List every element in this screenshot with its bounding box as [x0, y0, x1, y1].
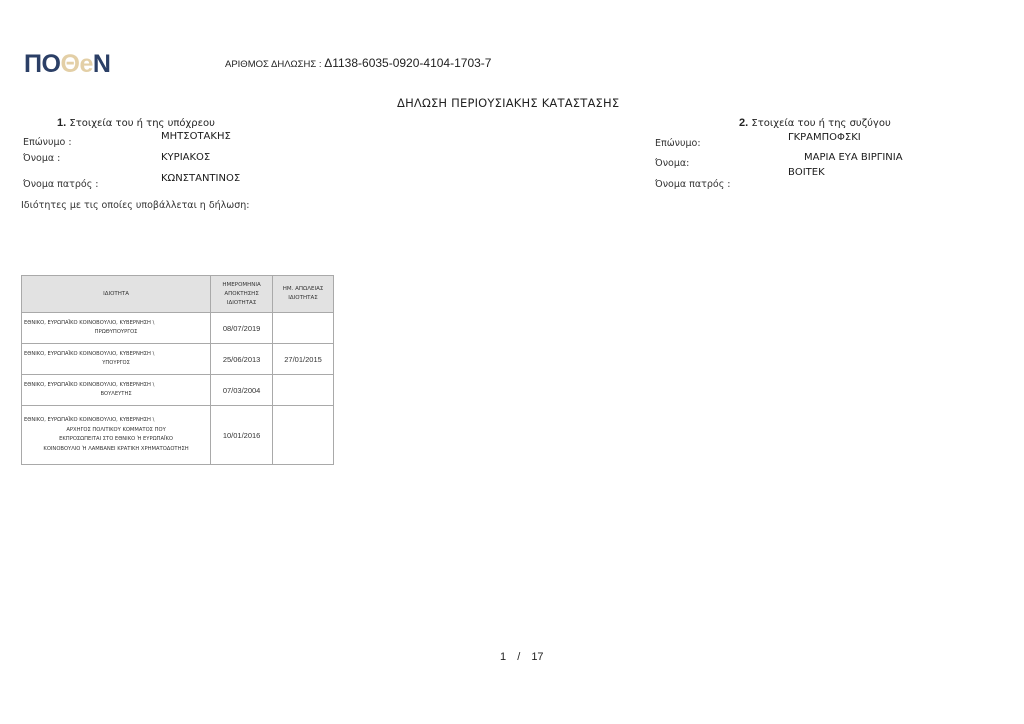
acquisition-date-cell: 08/07/2019 — [211, 313, 273, 344]
loss-date-cell — [273, 406, 334, 465]
capacity-cell: ΕΘΝΙΚΟ, ΕΥΡΩΠΑΪΚΟ ΚΟΙΝΟΒΟΥΛΙΟ, ΚΥΒΕΡΝΗΣΗ… — [22, 406, 211, 465]
obligor-name-label: Όνομα : — [23, 153, 60, 164]
table-row: ΕΘΝΙΚΟ, ΕΥΡΩΠΑΪΚΟ ΚΟΙΝΟΒΟΥΛΙΟ, ΚΥΒΕΡΝΗΣΗ… — [22, 406, 334, 465]
obligor-section-title: Στοιχεία του ή της υπόχρεου — [69, 118, 215, 129]
obligor-surname: ΜΗΤΣΟΤΑΚΗΣ — [161, 131, 231, 142]
capacity-cell: ΕΘΝΙΚΟ, ΕΥΡΩΠΑΪΚΟ ΚΟΙΝΟΒΟΥΛΙΟ, ΚΥΒΕΡΝΗΣΗ… — [22, 313, 211, 344]
capacity-line: ΕΘΝΙΚΟ, ΕΥΡΩΠΑΪΚΟ ΚΟΙΝΟΒΟΥΛΙΟ, ΚΥΒΕΡΝΗΣΗ… — [24, 319, 208, 329]
capacity-line: ΠΡΩΘΥΠΟΥΡΓΟΣ — [24, 328, 208, 338]
table-header-row: ΙΔΙΟΤΗΤΑ ΗΜΕΡΟΜΗΝΙΑ ΑΠΟΚΤΗΣΗΣ ΙΔΙΟΤΗΤΑΣ … — [22, 276, 334, 313]
spouse-name-label: Όνομα: — [655, 158, 689, 169]
acquisition-date-cell: 25/06/2013 — [211, 344, 273, 375]
capacity-line: ΕΚΠΡΟΣΩΠΕΙΤΑΙ ΣΤΟ ΕΘΝΙΚΟ Ή ΕΥΡΩΠΑΪΚΟ — [24, 435, 208, 445]
column-header-capacity: ΙΔΙΟΤΗΤΑ — [22, 276, 211, 313]
logo-text-prefix: ΠΟ — [24, 50, 61, 78]
declaration-number: ΑΡΙΘΜΟΣ ΔΗΛΩΣΗΣ : Δ1138-6035-0920-4104-1… — [225, 56, 491, 70]
spouse-section-title: Στοιχεία του ή της συζύγου — [751, 118, 890, 129]
capacity-line: ΕΘΝΙΚΟ, ΕΥΡΩΠΑΪΚΟ ΚΟΙΝΟΒΟΥΛΙΟ, ΚΥΒΕΡΝΗΣΗ… — [24, 381, 208, 391]
spouse-surname: ΓΚΡΑΜΠΟΦΣΚΙ — [788, 132, 861, 143]
spouse-name-line2: ΒΟΙΤΕΚ — [788, 167, 825, 178]
obligor-name: ΚΥΡΙΑΚΟΣ — [161, 152, 210, 163]
capacities-label: Ιδιότητες με τις οποίες υποβάλλεται η δή… — [21, 200, 250, 211]
page-indicator: 1 / 17 — [500, 651, 544, 663]
loss-date-cell — [273, 375, 334, 406]
logo-text-accent: Θe — [61, 50, 93, 78]
table-row: ΕΘΝΙΚΟ, ΕΥΡΩΠΑΪΚΟ ΚΟΙΝΟΒΟΥΛΙΟ, ΚΥΒΕΡΝΗΣΗ… — [22, 344, 334, 375]
capacity-line: ΑΡΧΗΓΟΣ ΠΟΛΙΤΙΚΟΥ ΚΟΜΜΑΤΟΣ ΠΟΥ — [24, 426, 208, 436]
obligor-surname-label: Επώνυμο : — [23, 137, 72, 148]
current-page: 1 — [500, 651, 506, 663]
acquisition-date-cell: 07/03/2004 — [211, 375, 273, 406]
capacity-cell: ΕΘΝΙΚΟ, ΕΥΡΩΠΑΪΚΟ ΚΟΙΝΟΒΟΥΛΙΟ, ΚΥΒΕΡΝΗΣΗ… — [22, 375, 211, 406]
spouse-section-number: 2. — [739, 117, 748, 129]
page-separator: / — [517, 651, 520, 663]
obligor-section-number: 1. — [57, 117, 66, 129]
total-pages: 17 — [531, 651, 543, 663]
obligor-section-heading: 1. Στοιχεία του ή της υπόχρεου — [57, 117, 215, 129]
obligor-father-name: ΚΩΝΣΤΑΝΤΙΝΟΣ — [161, 173, 240, 184]
loss-date-cell: 27/01/2015 — [273, 344, 334, 375]
pothen-logo: ΠΟΘeΝ — [24, 50, 110, 79]
loss-date-cell — [273, 313, 334, 344]
capacity-line: ΚΟΙΝΟΒΟΥΛΙΟ Ή ΛΑΜΒΑΝΕΙ ΚΡΑΤΙΚΗ ΧΡΗΜΑΤΟΔΟ… — [24, 445, 208, 455]
column-header-acquisition-date: ΗΜΕΡΟΜΗΝΙΑ ΑΠΟΚΤΗΣΗΣ ΙΔΙΟΤΗΤΑΣ — [211, 276, 273, 313]
capacity-line: ΕΘΝΙΚΟ, ΕΥΡΩΠΑΪΚΟ ΚΟΙΝΟΒΟΥΛΙΟ, ΚΥΒΕΡΝΗΣΗ… — [24, 416, 208, 426]
spouse-father-label: Όνομα πατρός : — [655, 179, 731, 190]
table-row: ΕΘΝΙΚΟ, ΕΥΡΩΠΑΪΚΟ ΚΟΙΝΟΒΟΥΛΙΟ, ΚΥΒΕΡΝΗΣΗ… — [22, 313, 334, 344]
declaration-number-value: Δ1138-6035-0920-4104-1703-7 — [324, 56, 491, 70]
obligor-father-label: Όνομα πατρός : — [23, 179, 99, 190]
capacity-line: ΥΠΟΥΡΓΟΣ — [24, 359, 208, 369]
capacities-table: ΙΔΙΟΤΗΤΑ ΗΜΕΡΟΜΗΝΙΑ ΑΠΟΚΤΗΣΗΣ ΙΔΙΟΤΗΤΑΣ … — [21, 275, 334, 465]
column-header-loss-date: ΗΜ. ΑΠΩΛΕΙΑΣ ΙΔΙΟΤΗΤΑΣ — [273, 276, 334, 313]
spouse-section-heading: 2. Στοιχεία του ή της συζύγου — [739, 117, 891, 129]
acquisition-date-cell: 10/01/2016 — [211, 406, 273, 465]
document-title: ΔΗΛΩΣΗ ΠΕΡΙΟΥΣΙΑΚΗΣ ΚΑΤΑΣΤΑΣΗΣ — [397, 96, 619, 110]
spouse-surname-label: Επώνυμο: — [655, 138, 701, 149]
table-row: ΕΘΝΙΚΟ, ΕΥΡΩΠΑΪΚΟ ΚΟΙΝΟΒΟΥΛΙΟ, ΚΥΒΕΡΝΗΣΗ… — [22, 375, 334, 406]
logo-text-suffix: Ν — [93, 50, 111, 78]
capacity-line: ΕΘΝΙΚΟ, ΕΥΡΩΠΑΪΚΟ ΚΟΙΝΟΒΟΥΛΙΟ, ΚΥΒΕΡΝΗΣΗ… — [24, 350, 208, 360]
declaration-number-label: ΑΡΙΘΜΟΣ ΔΗΛΩΣΗΣ : — [225, 59, 322, 70]
capacity-cell: ΕΘΝΙΚΟ, ΕΥΡΩΠΑΪΚΟ ΚΟΙΝΟΒΟΥΛΙΟ, ΚΥΒΕΡΝΗΣΗ… — [22, 344, 211, 375]
spouse-name-line1: ΜΑΡΙΑ ΕΥΑ ΒΙΡΓΙΝΙΑ — [804, 152, 903, 163]
capacity-line: ΒΟΥΛΕΥΤΗΣ — [24, 390, 208, 400]
